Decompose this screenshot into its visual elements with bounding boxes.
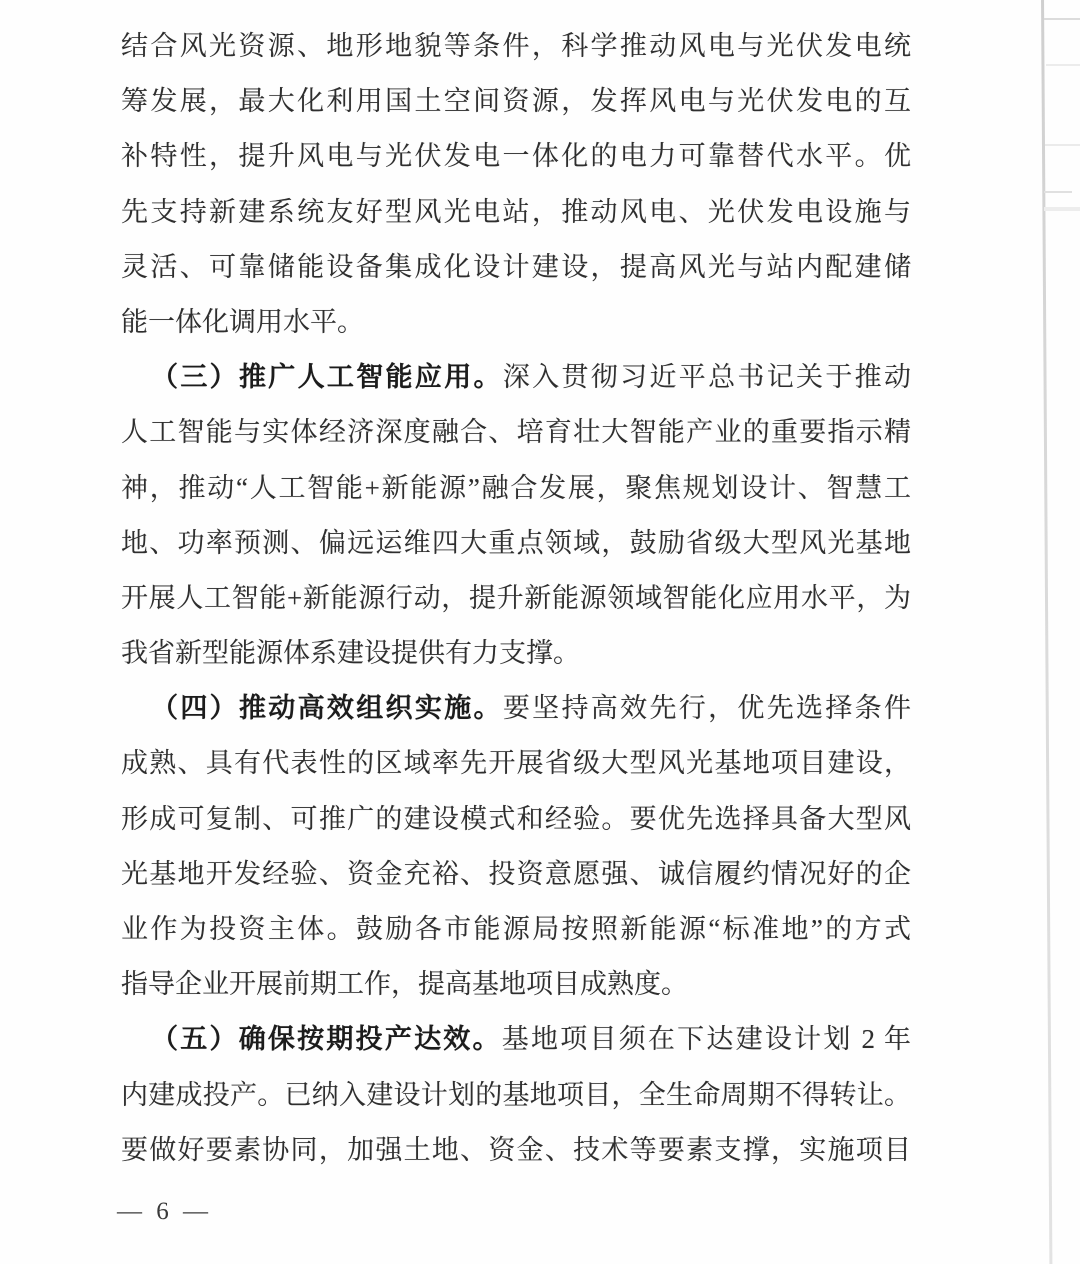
text-segment: 地、功率预测、偏远运维四大重点领域，鼓励省级大型风光基地 [121, 528, 911, 558]
text-line: 先支持新建系统友好型风光电站，推动风电、光伏发电设施与 [121, 185, 911, 240]
scan-artifact-line [1045, 144, 1080, 146]
text-segment: 形成可复制、可推广的建设模式和经验。要优先选择具备大型风 [121, 804, 911, 834]
text-line: 筹发展，最大化利用国土空间资源，发挥风电与光伏发电的互 [121, 74, 911, 129]
text-line: 结合风光资源、地形地貌等条件，科学推动风电与光伏发电统 [121, 19, 911, 74]
text-line: （五）确保按期投产达效。基地项目须在下达建设计划 2 年 [121, 1012, 911, 1067]
text-line: 开展人工智能+新能源行动，提升新能源领域智能化应用水平，为 [121, 571, 911, 626]
text-segment: 要坚持高效先行，优先选择条件 [503, 693, 911, 723]
text-line: 内建成投产。已纳入建设计划的基地项目，全生命周期不得转让。 [121, 1068, 911, 1123]
section-heading: （三）推广人工智能应用。 [151, 362, 503, 392]
scan-artifact-line [1044, 207, 1080, 211]
scan-artifact-line [1046, 64, 1080, 66]
text-line: 人工智能与实体经济深度融合、培育壮大智能产业的重要指示精 [121, 405, 911, 460]
scan-artifact-line [1044, 191, 1072, 193]
text-segment: 深入贯彻习近平总书记关于推动 [503, 362, 911, 392]
text-segment: 要做好要素协同，加强土地、资金、技术等要素支撑，实施项目 [121, 1135, 911, 1165]
text-line: 光基地开发经验、资金充裕、投资意愿强、诚信履约情况好的企 [121, 847, 911, 902]
text-line: 指导企业开展前期工作，提高基地项目成熟度。 [121, 957, 911, 1012]
text-segment: 基地项目须在下达建设计划 2 年 [502, 1024, 911, 1054]
text-segment: 先支持新建系统友好型风光电站，推动风电、光伏发电设施与 [121, 197, 911, 227]
text-segment: 补特性，提升风电与光伏发电一体化的电力可靠替代水平。优 [121, 141, 911, 171]
scan-artifact-line [1044, 18, 1080, 20]
text-line: 成熟、具有代表性的区域率先开展省级大型风光基地项目建设， [121, 736, 911, 791]
text-line: （三）推广人工智能应用。深入贯彻习近平总书记关于推动 [121, 350, 911, 405]
text-line: 补特性，提升风电与光伏发电一体化的电力可靠替代水平。优 [121, 129, 911, 184]
body-text: 结合风光资源、地形地貌等条件，科学推动风电与光伏发电统筹发展，最大化利用国土空间… [121, 19, 911, 1178]
text-segment: 能一体化调用水平。 [121, 307, 364, 337]
text-segment: 开展人工智能+新能源行动，提升新能源领域智能化应用水平，为 [121, 583, 911, 613]
text-segment: 我省新型能源体系建设提供有力支撑。 [121, 638, 580, 668]
text-segment: 筹发展，最大化利用国土空间资源，发挥风电与光伏发电的互 [121, 86, 911, 116]
text-line: 要做好要素协同，加强土地、资金、技术等要素支撑，实施项目 [121, 1123, 911, 1178]
scanned-document-page: 结合风光资源、地形地貌等条件，科学推动风电与光伏发电统筹发展，最大化利用国土空间… [0, 0, 1080, 1264]
text-line: 形成可复制、可推广的建设模式和经验。要优先选择具备大型风 [121, 792, 911, 847]
text-segment: 成熟、具有代表性的区域率先开展省级大型风光基地项目建设， [121, 748, 911, 778]
text-line: 能一体化调用水平。 [121, 295, 911, 350]
text-line: 神，推动“人工智能+新能源”融合发展，聚焦规划设计、智慧工 [121, 461, 911, 516]
text-line: （四）推动高效组织实施。要坚持高效先行，优先选择条件 [121, 681, 911, 736]
section-heading: （四）推动高效组织实施。 [151, 693, 503, 723]
page-number: — 6 — [117, 1198, 212, 1226]
text-line: 灵活、可靠储能设备集成化设计建设，提高风光与站内配建储 [121, 240, 911, 295]
text-segment: 指导企业开展前期工作，提高基地项目成熟度。 [121, 969, 688, 999]
section-heading: （五）确保按期投产达效。 [151, 1024, 502, 1054]
text-line: 我省新型能源体系建设提供有力支撑。 [121, 626, 911, 681]
text-segment: 内建成投产。已纳入建设计划的基地项目，全生命周期不得转让。 [121, 1080, 911, 1110]
text-segment: 灵活、可靠储能设备集成化设计建设，提高风光与站内配建储 [121, 252, 911, 282]
text-line: 业作为投资主体。鼓励各市能源局按照新能源“标准地”的方式 [121, 902, 911, 957]
text-segment: 业作为投资主体。鼓励各市能源局按照新能源“标准地”的方式 [121, 914, 911, 944]
text-segment: 结合风光资源、地形地貌等条件，科学推动风电与光伏发电统 [121, 31, 911, 61]
scan-edge-vertical-line [1041, 0, 1052, 1264]
text-segment: 人工智能与实体经济深度融合、培育壮大智能产业的重要指示精 [121, 417, 911, 447]
text-segment: 光基地开发经验、资金充裕、投资意愿强、诚信履约情况好的企 [121, 859, 911, 889]
text-line: 地、功率预测、偏远运维四大重点领域，鼓励省级大型风光基地 [121, 516, 911, 571]
text-segment: 神，推动“人工智能+新能源”融合发展，聚焦规划设计、智慧工 [121, 473, 911, 503]
